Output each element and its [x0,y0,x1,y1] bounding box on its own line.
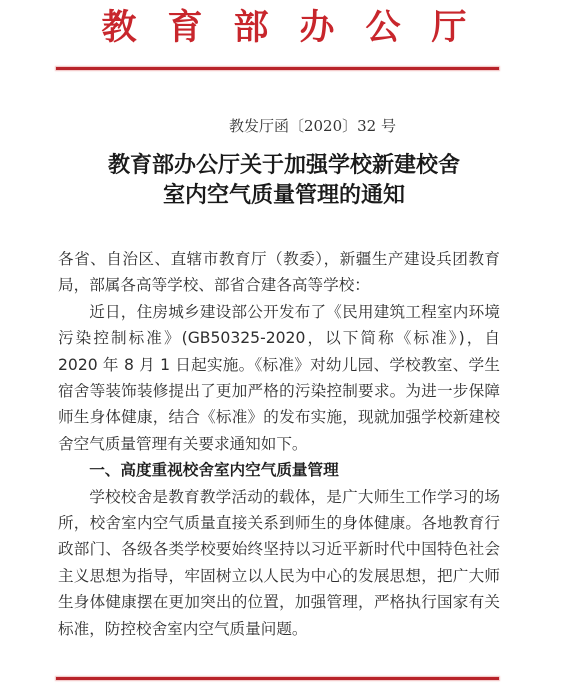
paragraph-section-1: 学校校舍是教育教学活动的载体，是广大师生工作学习的场所，校舍室内空气质量直接关系… [58,484,500,642]
document-number: 教发厅函〔2020〕32 号 [229,116,396,136]
addressees: 各省、自治区、直辖市教育厅（教委），新疆生产建设兵团教育局，部属各高等学校、部省… [58,246,500,299]
document-title-line2: 室内空气质量管理的通知 [0,180,568,210]
section-heading-1: 一、高度重视校舍室内空气质量管理 [58,457,500,483]
document-title: 教育部办公厅关于加强学校新建校舍 室内空气质量管理的通知 [0,150,568,210]
document-body: 各省、自治区、直辖市教育厅（教委），新疆生产建设兵团教育局，部属各高等学校、部省… [58,246,500,642]
document-title-line1: 教育部办公厅关于加强学校新建校舍 [0,150,568,180]
footer-divider [56,677,499,680]
letterhead-title: 教育部办公厅 [0,8,568,48]
letterhead-divider [56,67,499,70]
paragraph-intro: 近日，住房城乡建设部公开发布了《民用建筑工程室内环境污染控制标准》(GB5032… [58,299,500,457]
